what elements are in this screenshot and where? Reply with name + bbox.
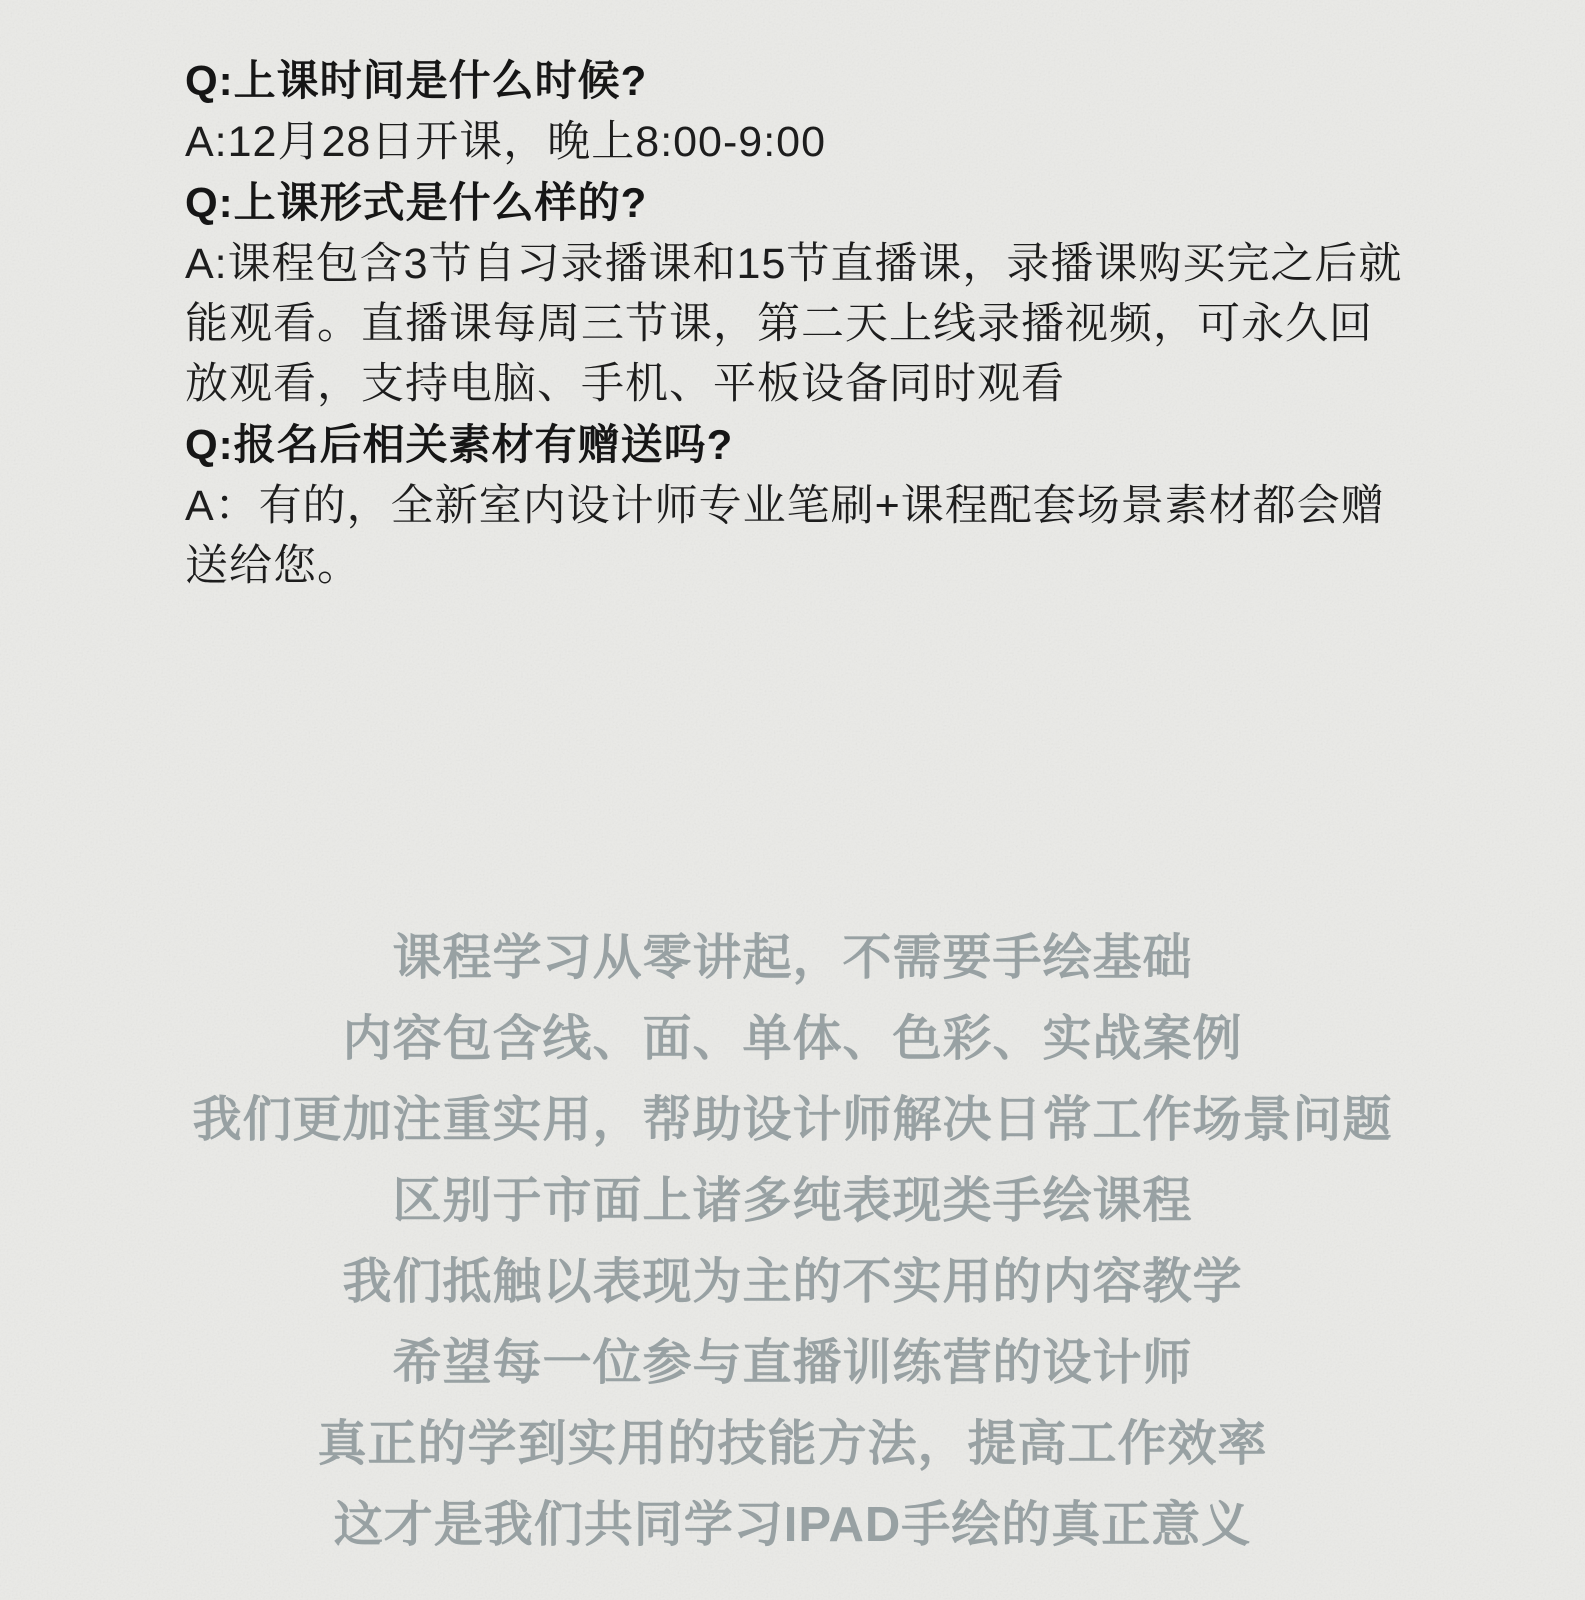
closing-line: 区别于市面上诸多纯表现类手绘课程 [0, 1161, 1585, 1242]
closing-line: 课程学习从零讲起，不需要手绘基础 [0, 918, 1585, 999]
closing-line: 内容包含线、面、单体、色彩、实战案例 [0, 999, 1585, 1080]
closing-line: 我们抵触以表现为主的不实用的内容教学 [0, 1242, 1585, 1323]
question-class-time: Q:上课时间是什么时候? [185, 50, 1403, 112]
answer-class-format: A:课程包含3节自习录播课和15节直播课，录播课购买完之后就能观看。直播课每周三… [185, 234, 1403, 414]
qa-item-class-time: Q:上课时间是什么时候? A:12月28日开课，晚上8:00-9:00 [185, 50, 1403, 172]
faq-content: Q:上课时间是什么时候? A:12月28日开课，晚上8:00-9:00 Q:上课… [0, 0, 1585, 1600]
qa-item-free-materials: Q:报名后相关素材有赠送吗? A：有的，全新室内设计师专业笔刷+课程配套场景素材… [185, 414, 1403, 596]
question-free-materials: Q:报名后相关素材有赠送吗? [185, 414, 1403, 476]
closing-line: 希望每一位参与直播训练营的设计师 [0, 1323, 1585, 1404]
answer-class-time: A:12月28日开课，晚上8:00-9:00 [185, 112, 1403, 172]
closing-line: 真正的学到实用的技能方法，提高工作效率 [0, 1404, 1585, 1485]
closing-statement: 课程学习从零讲起，不需要手绘基础 内容包含线、面、单体、色彩、实战案例 我们更加… [0, 918, 1585, 1566]
closing-line: 这才是我们共同学习IPAD手绘的真正意义 [0, 1485, 1585, 1566]
question-class-format: Q:上课形式是什么样的? [185, 172, 1403, 234]
qa-item-class-format: Q:上课形式是什么样的? A:课程包含3节自习录播课和15节直播课，录播课购买完… [185, 172, 1403, 414]
answer-free-materials: A：有的，全新室内设计师专业笔刷+课程配套场景素材都会赠送给您。 [185, 476, 1403, 596]
course-faq-poster: Q:上课时间是什么时候? A:12月28日开课，晚上8:00-9:00 Q:上课… [0, 0, 1585, 1600]
closing-line: 我们更加注重实用，帮助设计师解决日常工作场景问题 [0, 1080, 1585, 1161]
